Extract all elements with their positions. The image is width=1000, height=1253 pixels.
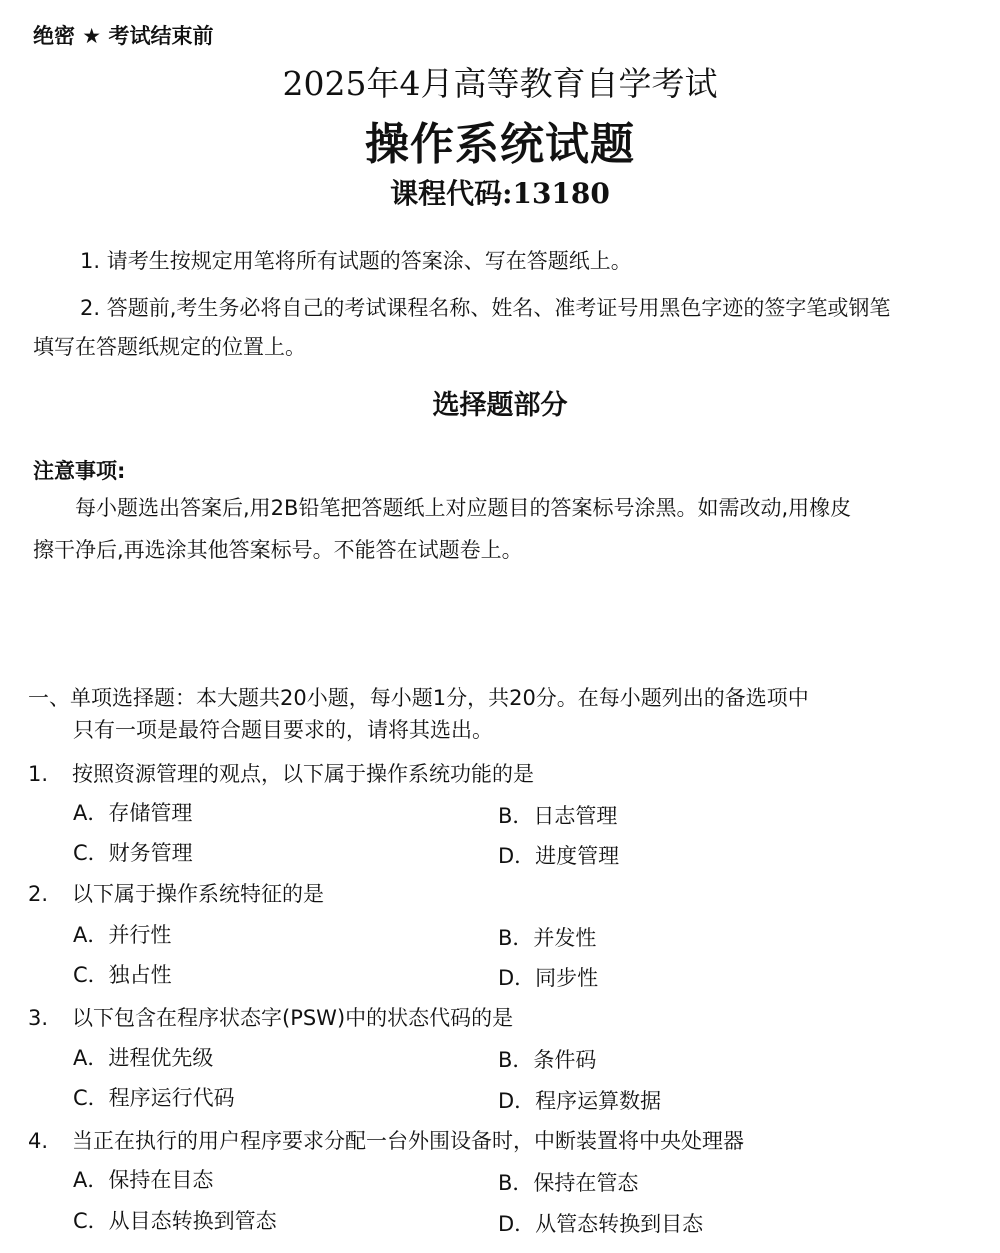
option-a[interactable]: A．并行性 [73, 919, 171, 949]
question-4: 4.当正在执行的用户程序要求分配一台外围设备时，中断装置将中央处理器 [28, 1125, 744, 1155]
course-code: 课程代码:13180 [0, 172, 1000, 212]
option-b[interactable]: B．条件码 [498, 1044, 596, 1074]
section-title: 选择题部分 [0, 383, 1000, 422]
question-number: 1. [28, 762, 72, 786]
question-stem: 以下属于操作系统特征的是 [72, 882, 324, 906]
instruction-2-cont: 填写在答题纸规定的位置上。 [33, 331, 306, 361]
notice-line-1: 每小题选出答案后,用2B铅笔把答题纸上对应题目的答案标号涂黑。如需改动,用橡皮 [75, 492, 851, 522]
option-a[interactable]: A．进程优先级 [73, 1042, 213, 1072]
option-b[interactable]: B．并发性 [498, 922, 596, 952]
question-number: 4. [28, 1129, 72, 1153]
paper-title: 操作系统试题 [0, 108, 1000, 172]
option-a[interactable]: A．存储管理 [73, 797, 192, 827]
question-number: 2. [28, 882, 72, 906]
question-3: 3.以下包含在程序状态字(PSW)中的状态代码的是 [28, 1002, 513, 1032]
option-c[interactable]: C．财务管理 [73, 837, 193, 867]
option-b[interactable]: B．日志管理 [498, 800, 617, 830]
option-c[interactable]: C．独占性 [73, 959, 172, 989]
confidential-label: 绝密 ★ 考试结束前 [33, 20, 213, 50]
option-d[interactable]: D．同步性 [498, 962, 598, 992]
instruction-1: 1. 请考生按规定用笔将所有试题的答案涂、写在答题纸上。 [80, 245, 632, 275]
option-b[interactable]: B．保持在管态 [498, 1167, 638, 1197]
exam-title: 2025年4月高等教育自学考试 [0, 58, 1000, 105]
option-c[interactable]: C．从目态转换到管态 [73, 1205, 277, 1235]
notice-heading: 注意事项: [33, 455, 125, 485]
option-d[interactable]: D．从管态转换到目态 [498, 1208, 703, 1238]
option-d[interactable]: D．进度管理 [498, 840, 619, 870]
question-stem: 当正在执行的用户程序要求分配一台外围设备时，中断装置将中央处理器 [72, 1129, 744, 1153]
notice-line-2: 擦干净后,再选涂其他答案标号。不能答在试题卷上。 [33, 534, 523, 564]
question-stem: 以下包含在程序状态字(PSW)中的状态代码的是 [72, 1006, 513, 1030]
question-1: 1.按照资源管理的观点，以下属于操作系统功能的是 [28, 758, 534, 788]
question-2: 2.以下属于操作系统特征的是 [28, 878, 324, 908]
part-one-heading-cont: 只有一项是最符合题目要求的，请将其选出。 [73, 714, 493, 744]
part-one-heading: 一、单项选择题：本大题共20小题，每小题1分，共20分。在每小题列出的备选项中 [28, 682, 809, 712]
instruction-2: 2. 答题前,考生务必将自己的考试课程名称、姓名、准考证号用黑色字迹的签字笔或钢… [80, 292, 890, 322]
question-stem: 按照资源管理的观点，以下属于操作系统功能的是 [72, 762, 534, 786]
option-d[interactable]: D．程序运算数据 [498, 1085, 661, 1115]
option-a[interactable]: A．保持在目态 [73, 1164, 213, 1194]
question-number: 3. [28, 1006, 72, 1030]
option-c[interactable]: C．程序运行代码 [73, 1082, 235, 1112]
